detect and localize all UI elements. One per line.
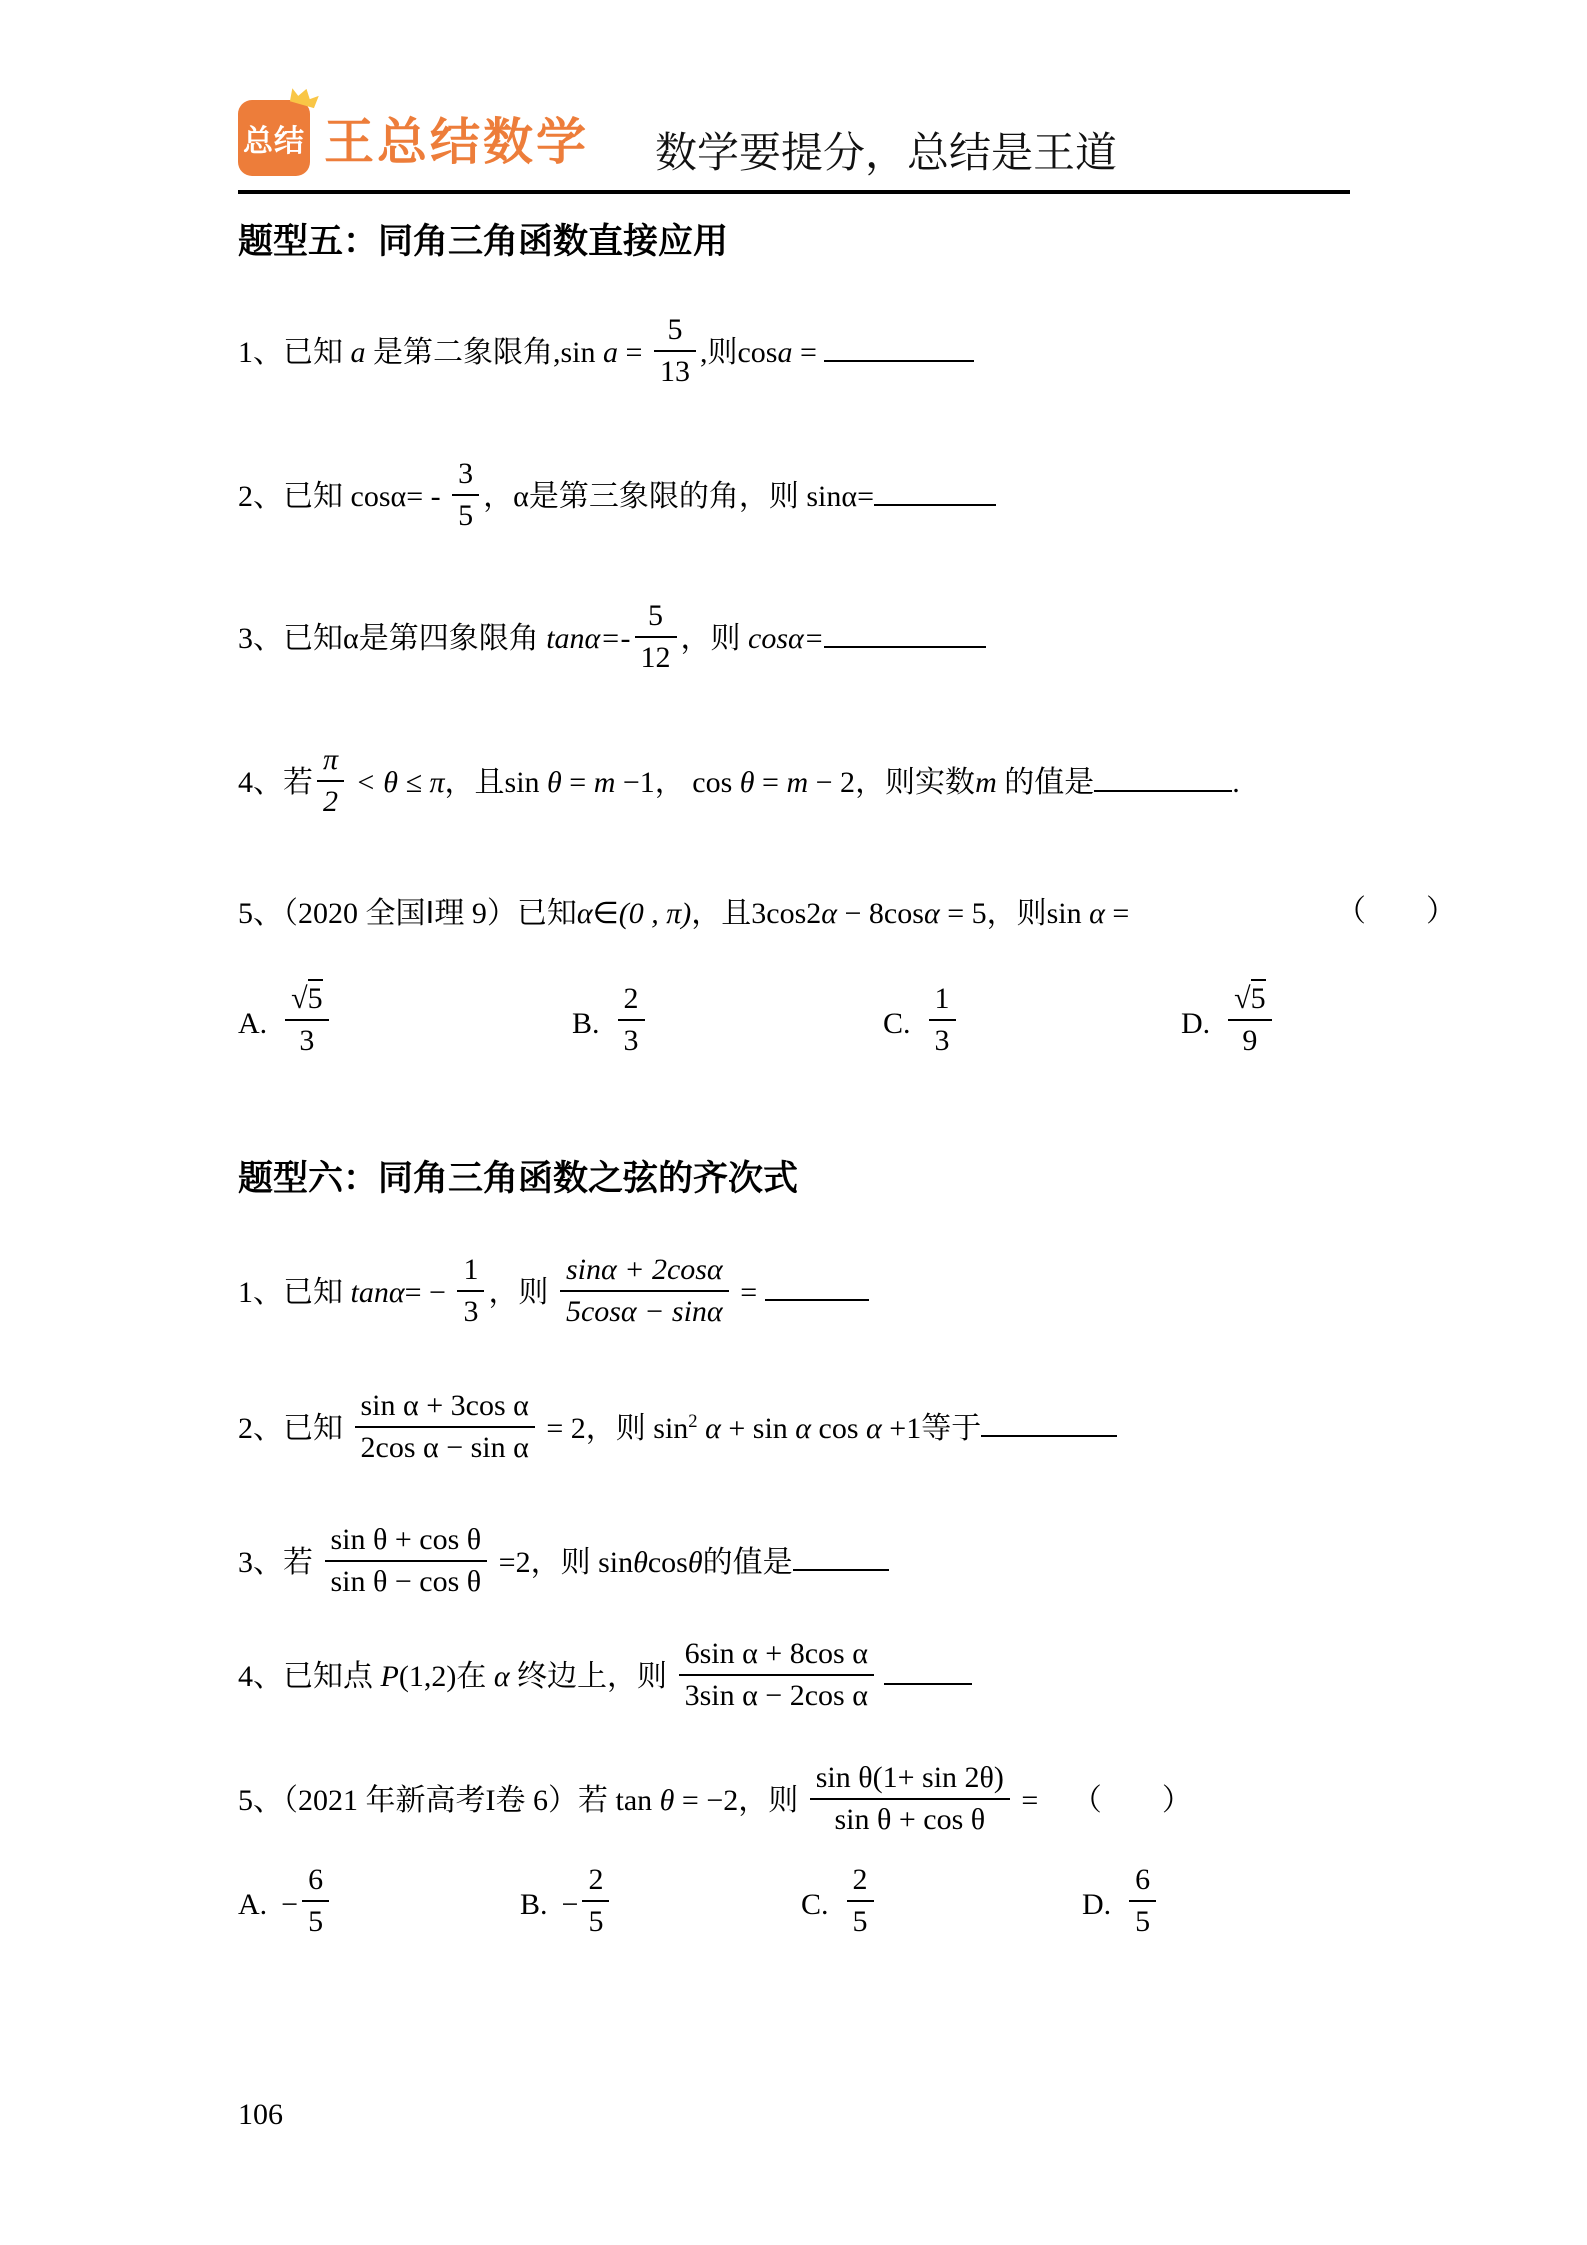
option: C.25 xyxy=(801,1866,878,1944)
text-run: 1、已知 xyxy=(238,1275,351,1308)
problem-line: 2、已知 cosα= - 35，α是第三象限的角，则 sinα= xyxy=(238,460,1350,538)
math-run: sin xyxy=(505,766,548,799)
math-run: tan xyxy=(616,1783,660,1816)
text-run: 2、已知 xyxy=(238,1411,351,1444)
math-var: (0 , π) xyxy=(619,897,692,930)
text-run: ，则 xyxy=(681,622,749,655)
math-run: = xyxy=(1105,897,1129,930)
math-run: sin xyxy=(598,1545,633,1578)
section-1-title: 题型五：同角三角函数直接应用 xyxy=(238,222,1350,262)
math-var: a xyxy=(351,336,366,369)
math-var: P xyxy=(381,1659,399,1692)
fraction: 13 xyxy=(929,981,956,1059)
logo-badge-text: 总结 xyxy=(243,116,305,160)
fraction: sin θ + cos θsin θ − cos θ xyxy=(325,1522,488,1600)
math-run: cos xyxy=(811,1411,866,1444)
fraction: 25 xyxy=(847,1862,874,1940)
text-run: ，则实数 xyxy=(855,766,975,799)
text-run: 的值是 xyxy=(997,766,1095,799)
problem-line: 1、已知 tanα= − 13，则 sinα + 2cosα5cosα − si… xyxy=(238,1256,1350,1334)
answer-blank xyxy=(874,476,996,506)
math-run: (1,2) xyxy=(399,1659,456,1692)
option: A.√53 xyxy=(238,985,333,1063)
math-var: θ xyxy=(633,1545,648,1578)
math-run: = xyxy=(792,336,824,369)
text-run: 终边上，则 xyxy=(510,1659,675,1692)
math-run: = 5 xyxy=(940,897,987,930)
brand-name: 王总结数学 xyxy=(324,102,589,174)
section-2-problems: 1、已知 tanα= − 13，则 sinα + 2cosα5cosα − si… xyxy=(238,1256,1350,1842)
option-label: D. xyxy=(1082,1888,1111,1922)
text-run: 是第二象限角, xyxy=(366,336,561,369)
fraction: π2 xyxy=(317,742,344,820)
option: A.−65 xyxy=(238,1866,333,1944)
math-run: sinα= xyxy=(806,480,874,513)
fraction: sin α + 3cos α2cos α − sin α xyxy=(355,1388,535,1466)
math-var: θ xyxy=(547,766,562,799)
fraction: 512 xyxy=(635,598,677,676)
answer-blank xyxy=(824,618,986,648)
math-run: −1 xyxy=(615,766,654,799)
text-run: ，且 xyxy=(445,766,505,799)
math-run: − 2 xyxy=(808,766,855,799)
option-label: A. xyxy=(238,1007,267,1041)
answer-blank xyxy=(824,332,974,362)
text-run: 5、（2020 全国Ⅰ理 9）已知 xyxy=(238,897,577,930)
text-run: ,则 xyxy=(700,336,738,369)
math-var: α xyxy=(924,897,940,930)
math-run: cos xyxy=(692,766,740,799)
answer-brackets: （ ） xyxy=(1336,892,1456,931)
minus-sign: − xyxy=(281,1888,298,1922)
math-var: a xyxy=(777,336,792,369)
text-run: （ ） xyxy=(1072,1783,1192,1816)
fraction: 23 xyxy=(618,981,645,1059)
section-1-problems: 1、已知 a 是第二象限角,sin a = 513,则cosa = 2、已知 c… xyxy=(238,316,1350,933)
fraction: 35 xyxy=(452,456,479,534)
page-header: 总结 王总结数学 数学要提分，总结是王道 xyxy=(238,0,1350,194)
math-var: cosα= xyxy=(748,622,824,655)
problem-line: 5、（2020 全国Ⅰ理 9）已知α∈(0 , π)，且3cos2α − 8co… xyxy=(238,894,1350,933)
math-run: +1 xyxy=(882,1411,921,1444)
text-run: ，则 xyxy=(987,897,1047,930)
answer-blank xyxy=(765,1271,869,1301)
math-run: cos xyxy=(648,1545,688,1578)
math-var: α xyxy=(866,1411,882,1444)
problem-line: 4、已知点 P(1,2)在 α 终边上，则 6sin α + 8cos α3si… xyxy=(238,1640,1350,1718)
answer-blank xyxy=(793,1541,889,1571)
text-run: ，且 xyxy=(691,897,751,930)
math-var: < θ ≤ π xyxy=(348,766,444,799)
brand-slogan: 数学要提分，总结是王道 xyxy=(655,120,1117,180)
crown-icon xyxy=(287,83,322,111)
option: C.13 xyxy=(883,985,960,1063)
text-run: ， xyxy=(655,766,693,799)
problem-line: 2、已知 sin α + 3cos α2cos α − sin α = 2，则 … xyxy=(238,1392,1350,1470)
math-run: = − xyxy=(405,1275,454,1308)
math-run: sin xyxy=(653,1411,688,1444)
radicand: 5 xyxy=(1251,979,1266,1015)
math-var: α xyxy=(795,1411,811,1444)
problem-line: 3、若 sin θ + cos θsin θ − cos θ =2，则 sinθ… xyxy=(238,1526,1350,1604)
math-run: = xyxy=(733,1275,765,1308)
fraction: 65 xyxy=(1129,1862,1156,1940)
answer-blank xyxy=(981,1407,1117,1437)
minus-sign: − xyxy=(562,1888,579,1922)
fraction: sinα + 2cosα5cosα − sinα xyxy=(560,1252,729,1330)
math-run: = xyxy=(618,336,650,369)
option-label: D. xyxy=(1181,1007,1210,1041)
math-var: m xyxy=(594,766,616,799)
math-var: θ xyxy=(660,1783,675,1816)
math-run: cos xyxy=(737,336,777,369)
text-run: 的值是 xyxy=(703,1545,793,1578)
answer-blank xyxy=(1094,762,1232,792)
math-run: = 2 xyxy=(539,1411,586,1444)
math-run: = xyxy=(1014,1783,1046,1816)
math-var: θ xyxy=(688,1545,703,1578)
math-var: θ xyxy=(740,766,755,799)
option: D.√59 xyxy=(1181,985,1276,1063)
math-run: = xyxy=(755,766,787,799)
text-run: ，则 xyxy=(531,1545,599,1578)
fraction: sin θ(1+ sin 2θ)sin θ + cos θ xyxy=(810,1760,1010,1838)
problem-line: 5、（2021 年新高考I卷 6）若 tan θ = −2，则 sin θ(1+… xyxy=(238,1764,1350,1842)
option: D.65 xyxy=(1082,1866,1160,1944)
text-run: 2、已知 xyxy=(238,480,351,513)
option-label: B. xyxy=(520,1888,548,1922)
brand-logo: 总结 xyxy=(238,100,310,176)
option-label: A. xyxy=(238,1888,267,1922)
text-run: 5、（2021 年新高考I卷 6）若 xyxy=(238,1783,616,1816)
text-run: ，则 xyxy=(738,1783,806,1816)
text-run: 3、已知α是第四象限角 xyxy=(238,622,546,655)
fraction: 13 xyxy=(457,1252,484,1330)
fraction: 65 xyxy=(302,1862,329,1940)
math-var: α xyxy=(1089,897,1105,930)
text-run: 1、已知 xyxy=(238,336,351,369)
fraction: 6sin α + 8cos α3sin α − 2cos α xyxy=(679,1636,874,1714)
math-var: m xyxy=(975,766,997,799)
problem-line: 1、已知 a 是第二象限角,sin a = 513,则cosa = xyxy=(238,316,1350,394)
answer-blank xyxy=(884,1655,972,1685)
text-run: 3、若 xyxy=(238,1545,321,1578)
fraction: 513 xyxy=(654,312,696,390)
text-run: ，α是第三象限的角，则 xyxy=(483,480,806,513)
math-var: α xyxy=(494,1659,510,1692)
text-run: 4、若 xyxy=(238,766,313,799)
page-content: 总结 王总结数学 数学要提分，总结是王道 题型五：同角三角函数直接应用 1、已知… xyxy=(238,0,1350,1952)
text-run: . xyxy=(1232,766,1240,799)
text-run: 在 xyxy=(456,1659,494,1692)
fraction: √59 xyxy=(1228,981,1271,1059)
math-run: cosα= - xyxy=(351,480,449,513)
option: B.−25 xyxy=(520,1866,613,1944)
option-label: B. xyxy=(572,1007,600,1041)
math-run: = −2 xyxy=(674,1783,738,1816)
math-run: =2 xyxy=(491,1545,530,1578)
text-run: ，则 xyxy=(586,1411,654,1444)
math-var: tanα=- xyxy=(546,622,630,655)
math-run: ∈ xyxy=(593,897,619,930)
option-label: C. xyxy=(801,1888,829,1922)
radicand: 5 xyxy=(308,979,323,1015)
option: B.23 xyxy=(572,985,649,1063)
superscript: 2 xyxy=(688,1410,697,1431)
section-2-options: A.−65B.−25C.25D.65 xyxy=(238,1866,1350,1952)
text-run: 4、已知点 xyxy=(238,1659,381,1692)
math-run: + sin xyxy=(721,1411,795,1444)
problem-line: 3、已知α是第四象限角 tanα=-512，则 cosα= xyxy=(238,602,1350,680)
math-var: α xyxy=(821,897,837,930)
math-var: m xyxy=(786,766,808,799)
section-1-options: A.√53B.23C.13D.√59 xyxy=(238,985,1350,1071)
math-run: sin xyxy=(1047,897,1090,930)
section-2-title: 题型六：同角三角函数之弦的齐次式 xyxy=(238,1159,1350,1199)
math-var: α xyxy=(577,897,593,930)
math-run: 3cos2 xyxy=(751,897,821,930)
math-var: α xyxy=(698,1411,721,1444)
math-run: = xyxy=(562,766,594,799)
fraction: √53 xyxy=(285,981,328,1059)
worksheet-page: { "page": { "number": "106" }, "header":… xyxy=(0,0,1587,2245)
math-run: sin xyxy=(561,336,604,369)
text-run: ，则 xyxy=(488,1275,556,1308)
page-number: 106 xyxy=(238,2098,283,2132)
problem-line: 4、若π2 < θ ≤ π，且sin θ = m −1， cos θ = m −… xyxy=(238,746,1350,824)
math-var: a xyxy=(603,336,618,369)
math-run: − 8cos xyxy=(837,897,924,930)
math-var: tanα xyxy=(351,1275,405,1308)
fraction: 25 xyxy=(582,1862,609,1940)
option-label: C. xyxy=(883,1007,911,1041)
text-run: 等于 xyxy=(921,1411,981,1444)
